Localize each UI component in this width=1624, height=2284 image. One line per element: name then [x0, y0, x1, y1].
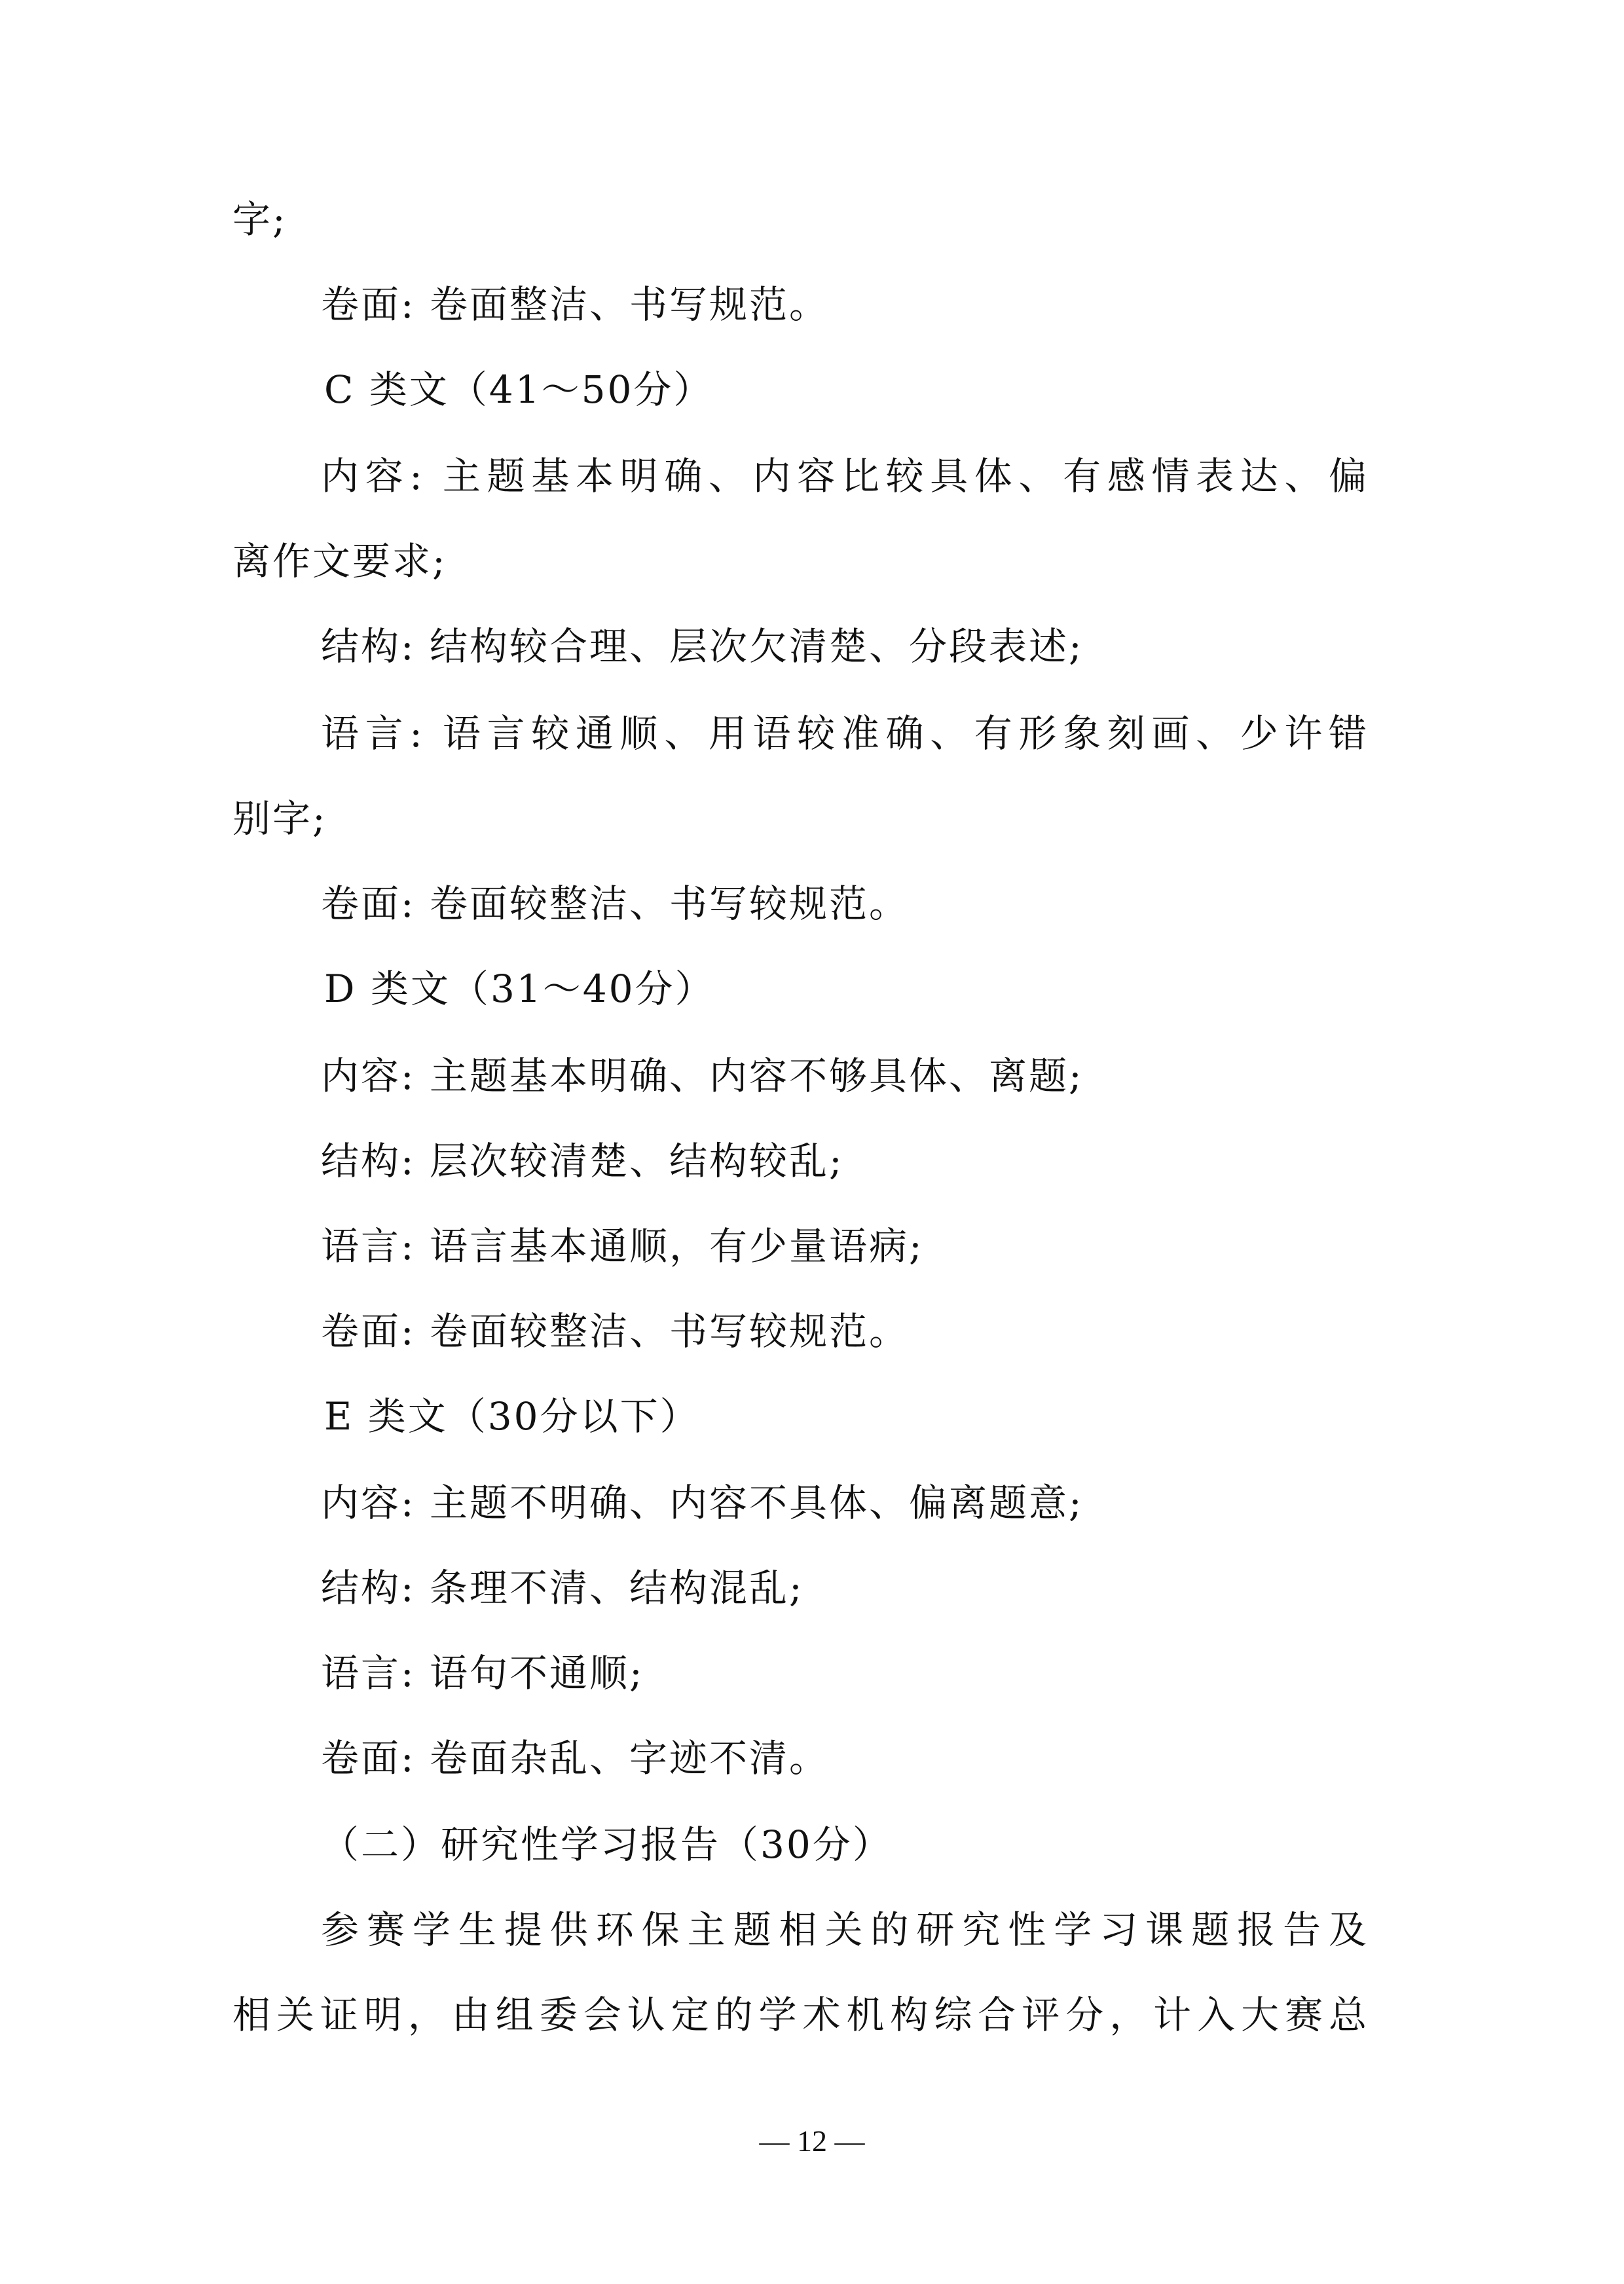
- text-line: 结构: 条理不清、结构混乱;: [0, 1545, 1624, 1630]
- page-number: — 12 —: [0, 2118, 1624, 2164]
- text-line: 语言: 语句不通顺;: [0, 1630, 1624, 1716]
- paragraph-continuation: 别字;: [232, 776, 327, 861]
- text-line: （二）研究性学习报告（30分）: [0, 1802, 1624, 1887]
- criterion-content: 内容: 主题不明确、内容不具体、偏离题意;: [321, 1460, 1084, 1545]
- criterion-presentation: 卷面: 卷面较整洁、书写较规范。: [321, 861, 909, 946]
- text-line: 卷面: 卷面较整洁、书写较规范。: [0, 861, 1624, 946]
- text-line: 语言: 语言较通顺、用语较准确、有形象刻画、少许错: [0, 691, 1624, 776]
- criterion-language: 语言: 语言基本通顺，有少量语病;: [321, 1204, 924, 1289]
- text-line: 语言: 语言基本通顺，有少量语病;: [0, 1204, 1624, 1289]
- grade-heading-d: D 类文（31～40分）: [324, 946, 715, 1031]
- criterion-language: 语言: 语句不通顺;: [321, 1630, 644, 1716]
- criterion-content: 内容: 主题基本明确、内容比较具体、有感情表达、偏: [321, 433, 1369, 519]
- criterion-presentation: 卷面: 卷面整洁、书写规范。: [321, 262, 829, 347]
- criterion-content: 内容: 主题基本明确、内容不够具体、离题;: [321, 1033, 1084, 1118]
- text-line: 字;: [0, 177, 1624, 262]
- text-line: 相关证明，由组委会认定的学术机构综合评分，计入大赛总: [0, 1972, 1624, 2057]
- text-line: 结构: 层次较清楚、结构较乱;: [0, 1118, 1624, 1204]
- criterion-structure: 结构: 层次较清楚、结构较乱;: [321, 1118, 844, 1204]
- paragraph-continuation: 字;: [232, 177, 287, 262]
- text-line: 结构: 结构较合理、层次欠清楚、分段表述;: [0, 604, 1624, 689]
- criterion-structure: 结构: 条理不清、结构混乱;: [321, 1545, 804, 1630]
- paragraph-continuation: 离作文要求;: [232, 519, 447, 604]
- text-line: 参赛学生提供环保主题相关的研究性学习课题报告及: [0, 1887, 1624, 1972]
- text-line: D 类文（31～40分）: [0, 946, 1624, 1031]
- text-line: 内容: 主题基本明确、内容不够具体、离题;: [0, 1033, 1624, 1118]
- section-heading-research-report: （二）研究性学习报告（30分）: [321, 1802, 893, 1887]
- text-line: 离作文要求;: [0, 519, 1624, 604]
- criterion-presentation: 卷面: 卷面较整洁、书写较规范。: [321, 1289, 909, 1374]
- body-paragraph-continuation: 相关证明，由组委会认定的学术机构综合评分，计入大赛总: [232, 1972, 1369, 2057]
- grade-heading-e: E 类文（30分以下）: [324, 1374, 700, 1459]
- criterion-language: 语言: 语言较通顺、用语较准确、有形象刻画、少许错: [321, 691, 1369, 776]
- text-line: 卷面: 卷面整洁、书写规范。: [0, 262, 1624, 347]
- text-line: E 类文（30分以下）: [0, 1374, 1624, 1459]
- grade-heading-c: C 类文（41～50分）: [324, 347, 713, 432]
- body-paragraph: 参赛学生提供环保主题相关的研究性学习课题报告及: [321, 1887, 1369, 1972]
- text-line: 别字;: [0, 776, 1624, 861]
- text-line: 内容: 主题基本明确、内容比较具体、有感情表达、偏: [0, 433, 1624, 519]
- text-line: 内容: 主题不明确、内容不具体、偏离题意;: [0, 1460, 1624, 1545]
- text-line: 卷面: 卷面较整洁、书写较规范。: [0, 1289, 1624, 1374]
- text-line: 卷面: 卷面杂乱、字迹不清。: [0, 1716, 1624, 1801]
- criterion-presentation: 卷面: 卷面杂乱、字迹不清。: [321, 1716, 829, 1801]
- criterion-structure: 结构: 结构较合理、层次欠清楚、分段表述;: [321, 604, 1084, 689]
- document-page: 字; 卷面: 卷面整洁、书写规范。 C 类文（41～50分） 内容: 主题基本明…: [0, 0, 1624, 2284]
- text-line: C 类文（41～50分）: [0, 347, 1624, 432]
